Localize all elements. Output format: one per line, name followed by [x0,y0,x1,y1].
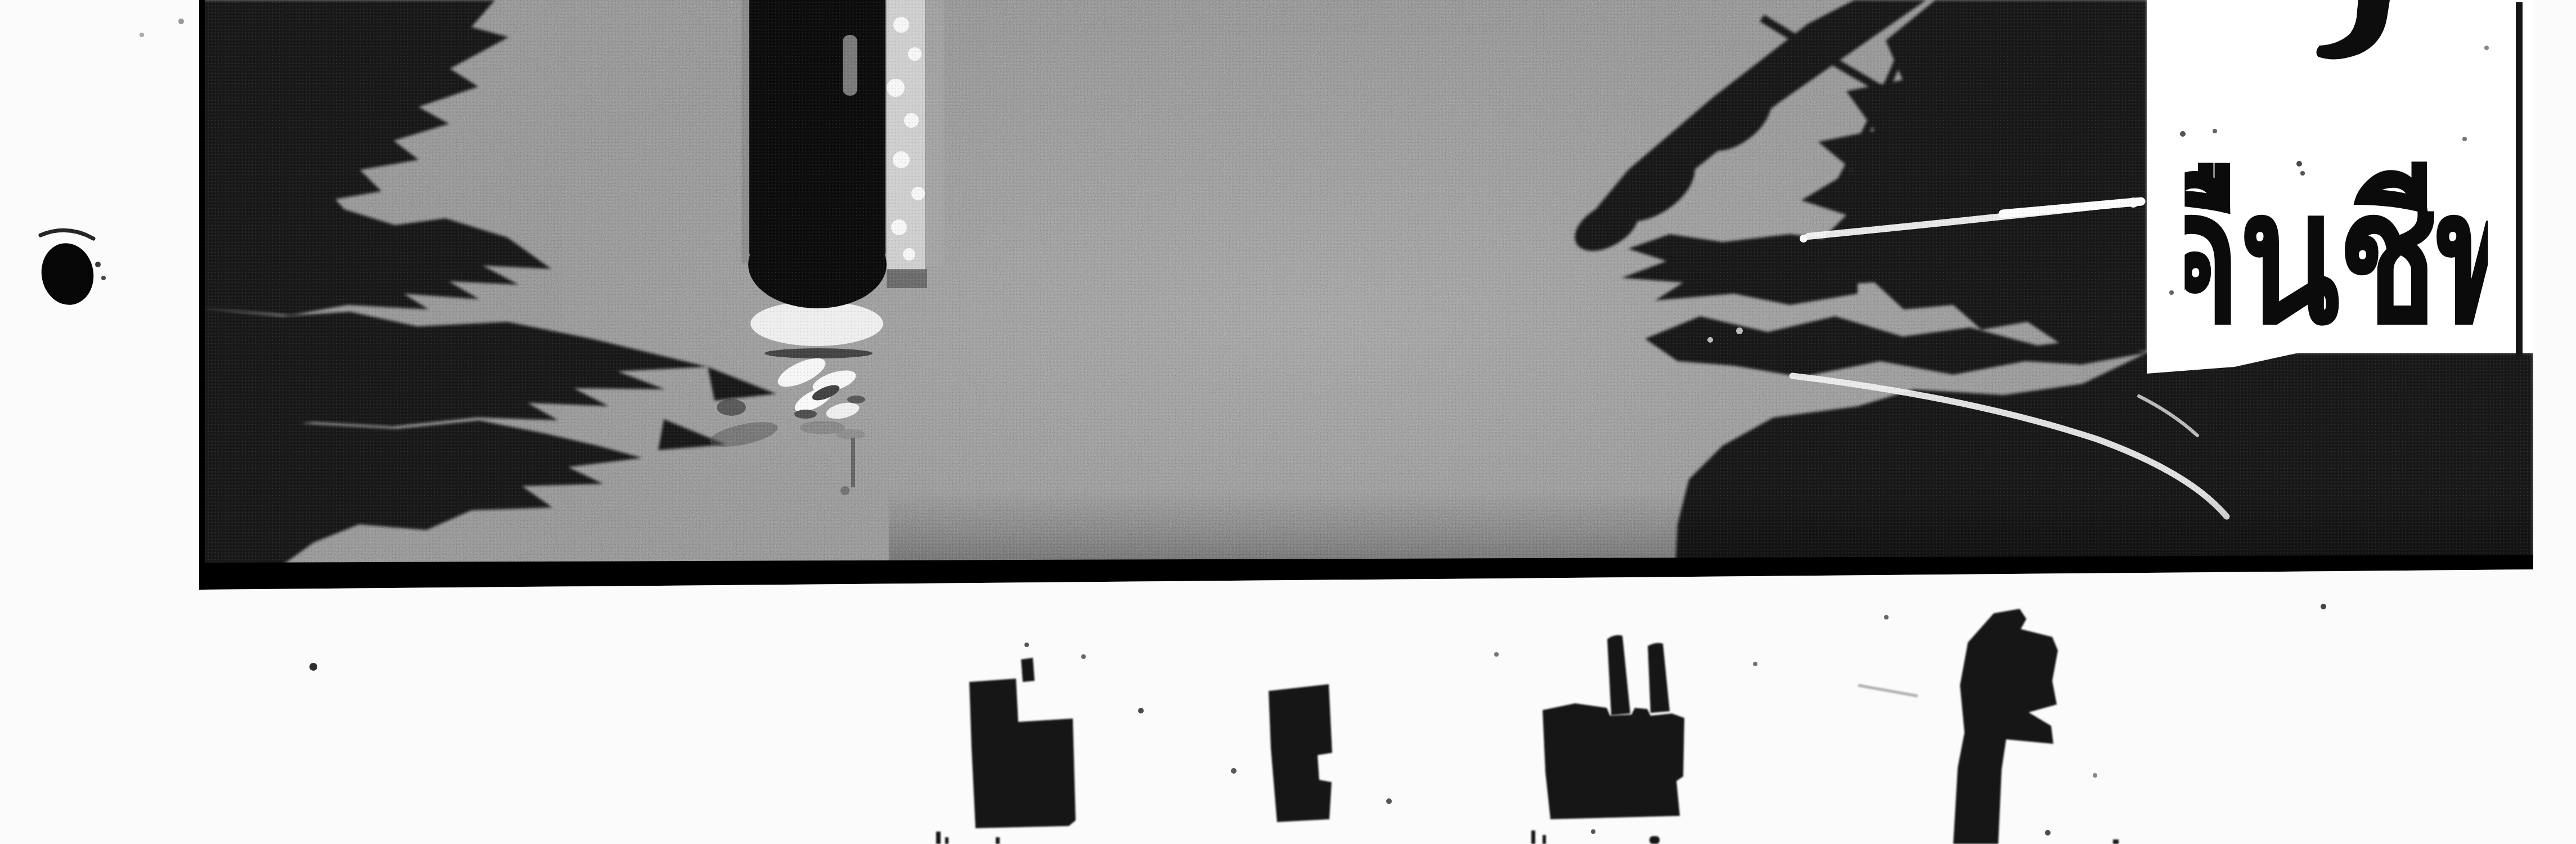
ink-shape-3-prong [1648,643,1670,713]
margin-ink-blob [37,230,106,309]
caption-text: คืนชีพ [2184,0,2488,344]
scanned-comic-page: คืนชีพ [0,0,2576,844]
ink-shape-1-nub [1021,658,1035,682]
panel-border-right [2516,2,2523,357]
ink-shape-2 [1269,684,1332,822]
ink-shape-4 [1953,609,2058,844]
ink-shapes-row [936,609,2119,844]
panel-border-left [199,0,205,590]
bottom-edge-marks [936,830,2119,844]
ink-shape-3 [1543,703,1684,819]
ink-shape-1 [969,679,1076,828]
faint-scratch-line [1858,685,1918,696]
ink-shape-3-prong [1607,635,1630,715]
